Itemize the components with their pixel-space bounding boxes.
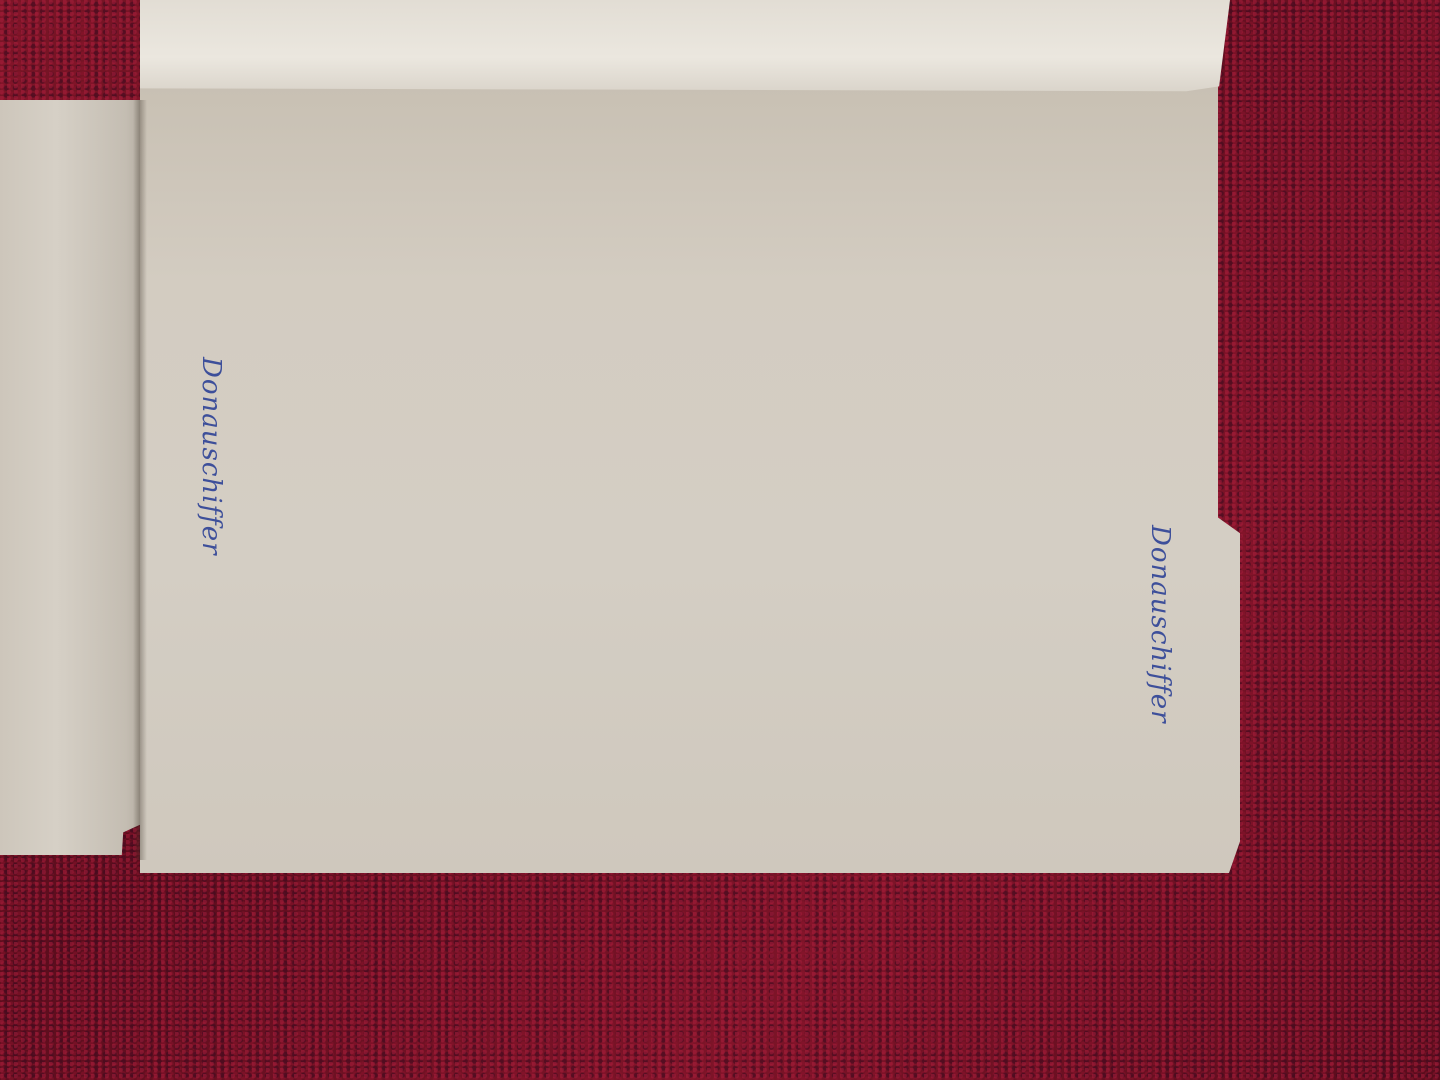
top-folded-flap <box>140 0 1230 96</box>
handwritten-title-left: Donauschiffer <box>196 357 226 556</box>
handwritten-title-right: Donauschiffer <box>1145 525 1175 724</box>
left-poster-panel <box>0 100 140 855</box>
fold-crease <box>133 100 147 860</box>
main-poster-sheet <box>140 83 1240 873</box>
